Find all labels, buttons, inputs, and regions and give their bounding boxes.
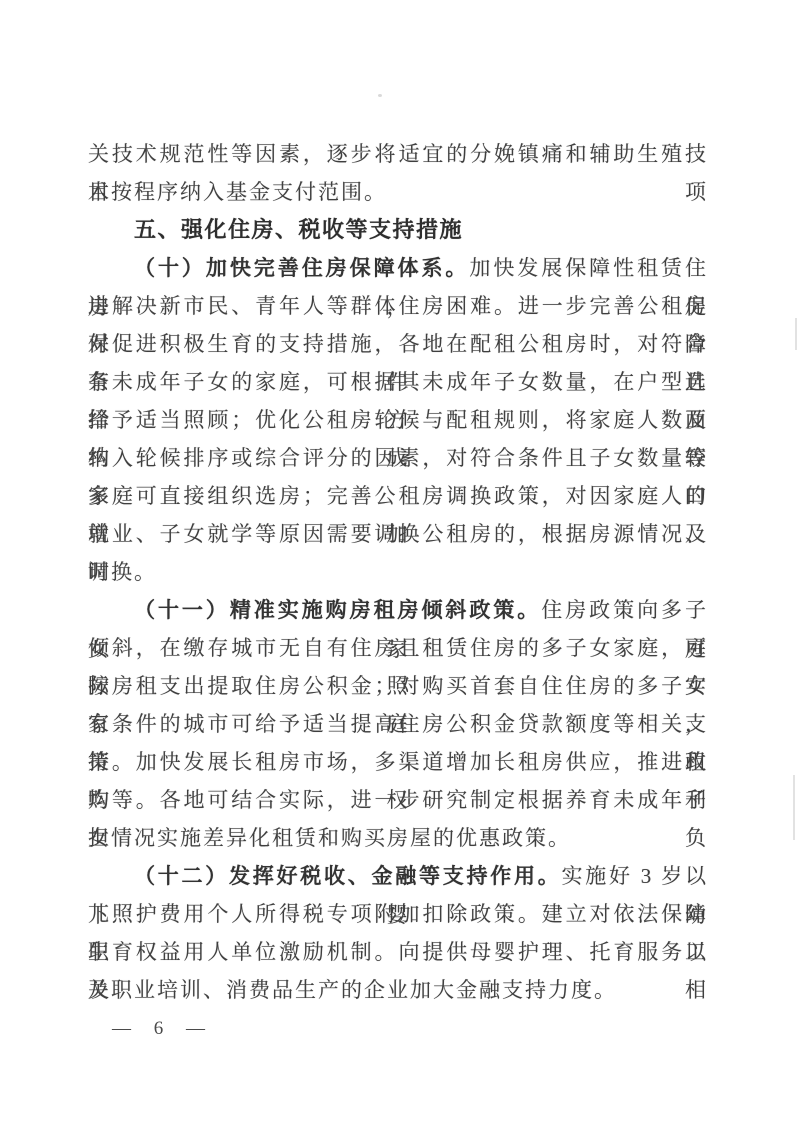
body-line: 儿照护费用个人所得税专项附加扣除政策。建立对依法保障职工 <box>88 895 708 933</box>
body-line: 倾斜，在缴存城市无自有住房且租赁住房的多子女家庭，可按照实 <box>88 629 708 667</box>
body-line: 对促进积极生育的支持措施，各地在配租公租房时，对符合条件且 <box>88 325 708 363</box>
body-line: 调换。 <box>88 553 708 591</box>
body-line: 家庭可直接组织选房；完善公租房调换政策，对因家庭人口增加、 <box>88 477 708 515</box>
body-line: 均等。各地可结合实际，进一步研究制定根据养育未成年子女负 <box>88 781 708 819</box>
body-line: 关职业培训、消费品生产的企业加大金融支持力度。 <box>88 971 708 1009</box>
document-page: 关技术规范性等因素，逐步将适宜的分娩镇痛和辅助生殖技术项 目按程序纳入基金支付范… <box>0 0 800 1132</box>
item-title: （十）加快完善住房保障体系。 <box>134 257 469 280</box>
body-line: 际房租支出提取住房公积金；对购买首套自住住房的多子女家庭， <box>88 667 708 705</box>
item-title: （十一）精准实施购房租房倾斜政策。 <box>134 599 541 622</box>
body-line: 关技术规范性等因素，逐步将适宜的分娩镇痛和辅助生殖技术项 <box>88 135 708 173</box>
item-title: （十二）发挥好税收、金融等支持作用。 <box>134 865 562 888</box>
section-heading: 五、强化住房、税收等支持措施 <box>88 211 708 249</box>
page-number: — 6 — <box>112 1013 209 1045</box>
scan-speck <box>378 94 382 97</box>
document-body: 关技术规范性等因素，逐步将适宜的分娩镇痛和辅助生殖技术项 目按程序纳入基金支付范… <box>88 135 708 1009</box>
body-line: （十二）发挥好税收、金融等支持作用。实施好 3 岁以下婴幼 <box>88 857 708 895</box>
scan-edge-mark <box>795 318 797 350</box>
body-line: 有未成年子女的家庭，可根据其未成年子女数量，在户型选择方面 <box>88 363 708 401</box>
body-line: 纳入轮候排序或综合评分的因素，对符合条件且子女数量较多的 <box>88 439 708 477</box>
body-line: （十）加快完善住房保障体系。加快发展保障性租赁住房，促 <box>88 249 708 287</box>
body-line: 进解决新市民、青年人等群体住房困难。进一步完善公租房保障 <box>88 287 708 325</box>
body-line: 就业、子女就学等原因需要调换公租房的，根据房源情况及时 <box>88 515 708 553</box>
body-line: 策。加快发展长租房市场，多渠道增加长租房供应，推进租购权利 <box>88 743 708 781</box>
scan-edge-mark <box>793 775 795 840</box>
body-line: 给予适当照顾；优化公租房轮候与配租规则，将家庭人数及构成等 <box>88 401 708 439</box>
body-line: 生育权益用人单位激励机制。向提供母婴护理、托育服务以及相 <box>88 933 708 971</box>
body-line: （十一）精准实施购房租房倾斜政策。住房政策向多子女家庭 <box>88 591 708 629</box>
body-line: 有条件的城市可给予适当提高住房公积金贷款额度等相关支持政 <box>88 705 708 743</box>
